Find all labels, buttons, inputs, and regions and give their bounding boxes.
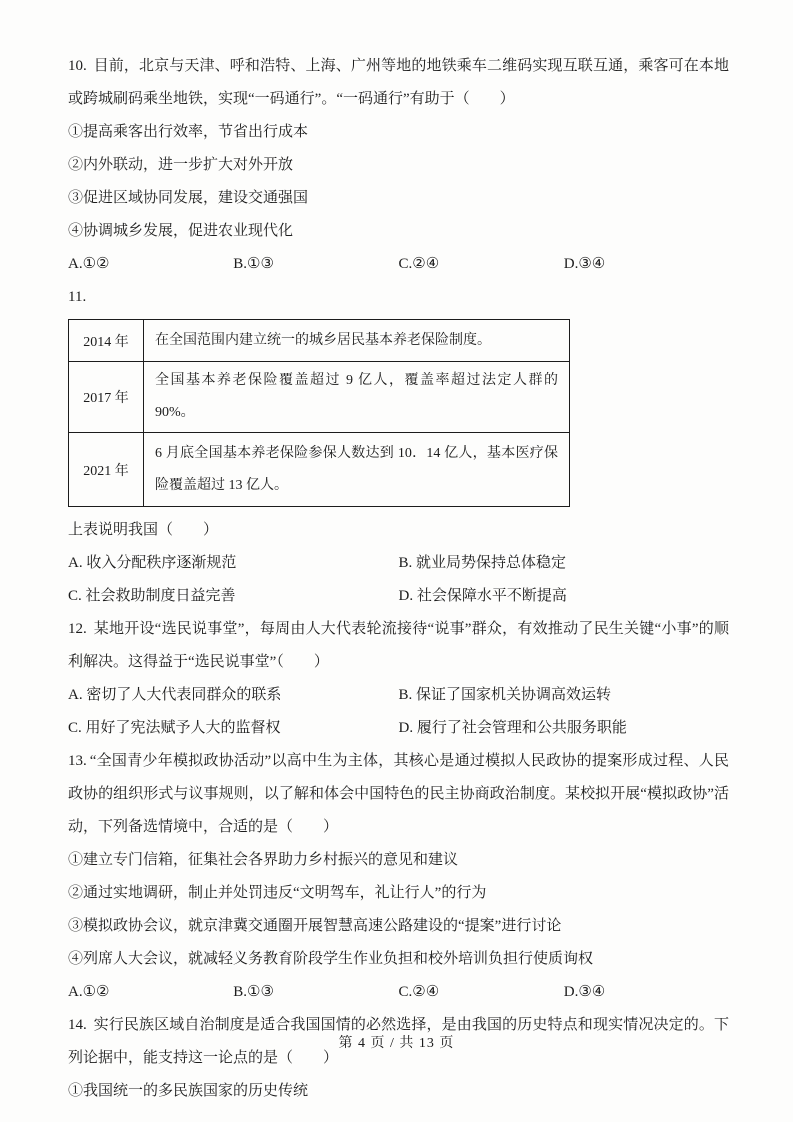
question-10-options: A.①② B.①③ C.②④ D.③④: [68, 248, 729, 281]
statement-item-1: ①我国统一的多民族国家的历史传统: [68, 1075, 729, 1108]
desc-cell: 全国基本养老保险覆盖超过 9 亿人，覆盖率超过法定人群的 90%。: [144, 362, 570, 433]
option-b: B.①③: [233, 976, 398, 1009]
question-11: 11. 2014 年 在全国范围内建立统一的城乡居民基本养老保险制度。 2017…: [68, 281, 729, 613]
option-b: B.①③: [233, 248, 398, 281]
question-number: 14.: [68, 1017, 90, 1033]
statement-item-1: ①提高乘客出行效率，节省出行成本: [68, 116, 729, 149]
question-text: “全国青少年模拟政协活动”以高中生为主体，其核心是通过模拟人民政协的提案形成过程…: [68, 753, 729, 835]
option-d: D. 履行了社会管理和公共服务职能: [399, 712, 730, 745]
option-c: C. 用好了宪法赋予人大的监督权: [68, 712, 399, 745]
question-11-prompt: 上表说明我国（ ）: [68, 514, 729, 547]
year-cell: 2017 年: [69, 362, 144, 433]
statement-item-2: ②内外联动，进一步扩大对外开放: [68, 149, 729, 182]
question-text: 某地开设“选民说事堂”，每周由人大代表轮流接待“说事”群众，有效推动了民生关键“…: [68, 621, 729, 670]
question-14: 14. 实行民族区域自治制度是适合我国国情的必然选择，是由我国的历史特点和现实情…: [68, 1009, 729, 1108]
question-13: 13.“全国青少年模拟政协活动”以高中生为主体，其核心是通过模拟人民政协的提案形…: [68, 745, 729, 1009]
question-12-options: A. 密切了人大代表同群众的联系 B. 保证了国家机关协调高效运转 C. 用好了…: [68, 679, 729, 745]
question-12-stem: 12. 某地开设“选民说事堂”，每周由人大代表轮流接待“说事”群众，有效推动了民…: [68, 613, 729, 679]
year-cell: 2014 年: [69, 320, 144, 362]
option-a: A.①②: [68, 248, 233, 281]
question-11-number: 11.: [68, 281, 729, 314]
desc-cell: 在全国范围内建立统一的城乡居民基本养老保险制度。: [144, 320, 570, 362]
question-10: 10. 目前，北京与天津、呼和浩特、上海、广州等地的地铁乘车二维码实现互联互通，…: [68, 50, 729, 281]
option-c: C. 社会救助制度日益完善: [68, 580, 399, 613]
option-b: B. 保证了国家机关协调高效运转: [399, 679, 730, 712]
option-b: B. 就业局势保持总体稳定: [399, 547, 730, 580]
option-c: C.②④: [399, 248, 564, 281]
statement-item-4: ④协调城乡发展，促进农业现代化: [68, 215, 729, 248]
statement-item-3: ③促进区域协同发展，建设交通强国: [68, 182, 729, 215]
option-d: D. 社会保障水平不断提高: [399, 580, 730, 613]
option-a: A. 收入分配秩序逐渐规范: [68, 547, 399, 580]
option-c: C.②④: [399, 976, 564, 1009]
exam-page: 10. 目前，北京与天津、呼和浩特、上海、广州等地的地铁乘车二维码实现互联互通，…: [0, 0, 793, 1108]
option-a: A.①②: [68, 976, 233, 1009]
year-cell: 2021 年: [69, 433, 144, 507]
question-text: 目前，北京与天津、呼和浩特、上海、广州等地的地铁乘车二维码实现互联互通，乘客可在…: [68, 58, 729, 107]
question-11-options: A. 收入分配秩序逐渐规范 B. 就业局势保持总体稳定 C. 社会救助制度日益完…: [68, 547, 729, 613]
page-footer: 第 4 页 / 共 13 页: [0, 1032, 793, 1052]
question-number: 13.: [68, 753, 90, 769]
statement-item-2: ②通过实地调研，制止并处罚违反“文明驾车，礼让行人”的行为: [68, 877, 729, 910]
question-12: 12. 某地开设“选民说事堂”，每周由人大代表轮流接待“说事”群众，有效推动了民…: [68, 613, 729, 745]
question-13-stem: 13.“全国青少年模拟政协活动”以高中生为主体，其核心是通过模拟人民政协的提案形…: [68, 745, 729, 844]
table-row: 2017 年 全国基本养老保险覆盖超过 9 亿人，覆盖率超过法定人群的 90%。: [69, 362, 570, 433]
statement-item-3: ③模拟政协会议，就京津冀交通圈开展智慧高速公路建设的“提案”进行讨论: [68, 910, 729, 943]
option-d: D.③④: [564, 248, 729, 281]
desc-cell: 6 月底全国基本养老保险参保人数达到 10．14 亿人，基本医疗保险覆盖超过 1…: [144, 433, 570, 507]
option-d: D.③④: [564, 976, 729, 1009]
table-row: 2021 年 6 月底全国基本养老保险参保人数达到 10．14 亿人，基本医疗保…: [69, 433, 570, 507]
option-a: A. 密切了人大代表同群众的联系: [68, 679, 399, 712]
statement-item-1: ①建立专门信箱，征集社会各界助力乡村振兴的意见和建议: [68, 844, 729, 877]
table-row: 2014 年 在全国范围内建立统一的城乡居民基本养老保险制度。: [69, 320, 570, 362]
question-10-stem: 10. 目前，北京与天津、呼和浩特、上海、广州等地的地铁乘车二维码实现互联互通，…: [68, 50, 729, 116]
question-number: 10.: [68, 58, 90, 74]
statement-item-4: ④列席人大会议，就减轻义务教育阶段学生作业负担和校外培训负担行使质询权: [68, 943, 729, 976]
question-13-options: A.①② B.①③ C.②④ D.③④: [68, 976, 729, 1009]
q11-data-table: 2014 年 在全国范围内建立统一的城乡居民基本养老保险制度。 2017 年 全…: [68, 319, 570, 507]
question-number: 12.: [68, 621, 90, 637]
